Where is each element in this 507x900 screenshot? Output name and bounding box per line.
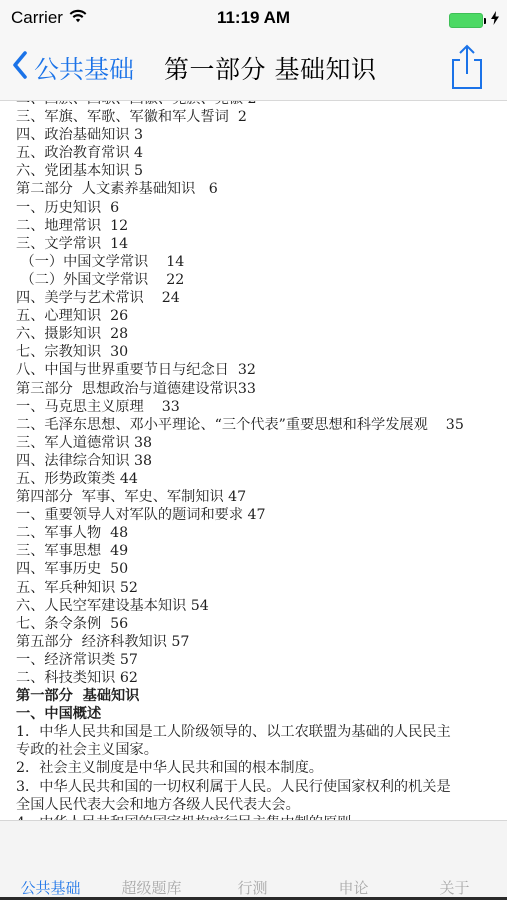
document-line: 七、条令条例 56 (16, 615, 496, 633)
document-line: 六、人民空军建设基本知识 54 (16, 597, 496, 615)
chevron-left-icon (12, 51, 34, 85)
back-button[interactable]: 公共基础 (12, 50, 134, 86)
document-text: 二、国旗、国歌、国徽、党旗、党徽 2三、军旗、军歌、军徽和军人誓词 2四、政治基… (16, 101, 496, 820)
document-line: 三、军旗、军歌、军徽和军人誓词 2 (16, 108, 496, 126)
document-line: 三、军人道德常识 38 (16, 434, 496, 452)
clock: 11:19 AM (0, 8, 507, 28)
document-line: 第四部分 军事、军史、军制知识 47 (16, 488, 496, 506)
document-line: 二、军事人物 48 (16, 524, 496, 542)
battery-group (449, 10, 499, 30)
document-line: 四、军事历史 50 (16, 560, 496, 578)
document-line: 四、法律综合知识 38 (16, 452, 496, 470)
section-heading: 第一部分 基础知识 (16, 687, 496, 705)
page-title: 第一部分 基础知识 (164, 50, 376, 86)
document-line: 二、毛泽东思想、邓小平理论、“三个代表”重要思想和科学发展观 35 (16, 416, 496, 434)
document-line: 一、历史知识 6 (16, 199, 496, 217)
document-line: 二、科技类知识 62 (16, 669, 496, 687)
navigation-bar: 公共基础 第一部分 基础知识 (0, 36, 507, 101)
tab-essay[interactable]: 申论 (303, 877, 404, 898)
document-line: 1．中华人民共和国是工人阶级领导的、以工农联盟为基础的人民民主 (16, 723, 496, 741)
document-line: 五、心理知识 26 (16, 307, 496, 325)
document-line: 八、中国与世界重要节日与纪念日 32 (16, 361, 496, 379)
document-line: 3．中华人民共和国的一切权利属于人民。人民行使国家权利的机关是 (16, 778, 496, 796)
document-line: 全国人民代表大会和地方各级人民代表大会。 (16, 796, 496, 814)
share-icon (449, 75, 485, 94)
battery-icon (449, 13, 483, 28)
document-line: 三、军事思想 49 (16, 542, 496, 560)
tab-public-basics[interactable]: 公共基础 (0, 877, 101, 898)
document-line: 五、形势政策类 44 (16, 470, 496, 488)
document-line: （二）外国文学常识 22 (16, 271, 496, 289)
document-line: 第三部分 思想政治与道德建设常识33 (16, 380, 496, 398)
tab-question-bank[interactable]: 超级题库 (101, 877, 202, 898)
document-line: 一、马克思主义原理 33 (16, 398, 496, 416)
document-line: 三、文学常识 14 (16, 235, 496, 253)
charging-bolt-icon (491, 10, 499, 30)
document-line: 二、国旗、国歌、国徽、党旗、党徽 2 (16, 101, 496, 108)
document-line: 2．社会主义制度是中华人民共和国的根本制度。 (16, 759, 496, 777)
document-line: （一）中国文学常识 14 (16, 253, 496, 271)
document-line: 六、党团基本知识 5 (16, 162, 496, 180)
tab-bar: 公共基础 超级题库 行测 申论 关于 (0, 820, 507, 900)
document-line: 五、军兵种知识 52 (16, 579, 496, 597)
section-heading: 一、中国概述 (16, 705, 496, 723)
status-bar: Carrier 11:19 AM (0, 0, 507, 36)
share-button[interactable] (449, 42, 485, 90)
tab-aptitude-test[interactable]: 行测 (202, 877, 303, 898)
document-line: 七、宗教知识 30 (16, 343, 496, 361)
document-viewer[interactable]: 二、国旗、国歌、国徽、党旗、党徽 2三、军旗、军歌、军徽和军人誓词 2四、政治基… (0, 101, 507, 820)
document-line: 六、摄影知识 28 (16, 325, 496, 343)
document-line: 第二部分 人文素养基础知识 6 (16, 180, 496, 198)
document-line: 一、经济常识类 57 (16, 651, 496, 669)
document-line: 四、政治基础知识 3 (16, 126, 496, 144)
back-button-label: 公共基础 (34, 50, 134, 86)
document-line: 五、政治教育常识 4 (16, 144, 496, 162)
document-line: 一、重要领导人对军队的题词和要求 47 (16, 506, 496, 524)
document-line: 专政的社会主义国家。 (16, 741, 496, 759)
document-line: 二、地理常识 12 (16, 217, 496, 235)
document-line: 四、美学与艺术常识 24 (16, 289, 496, 307)
tab-about[interactable]: 关于 (404, 877, 505, 898)
document-line: 第五部分 经济科教知识 57 (16, 633, 496, 651)
